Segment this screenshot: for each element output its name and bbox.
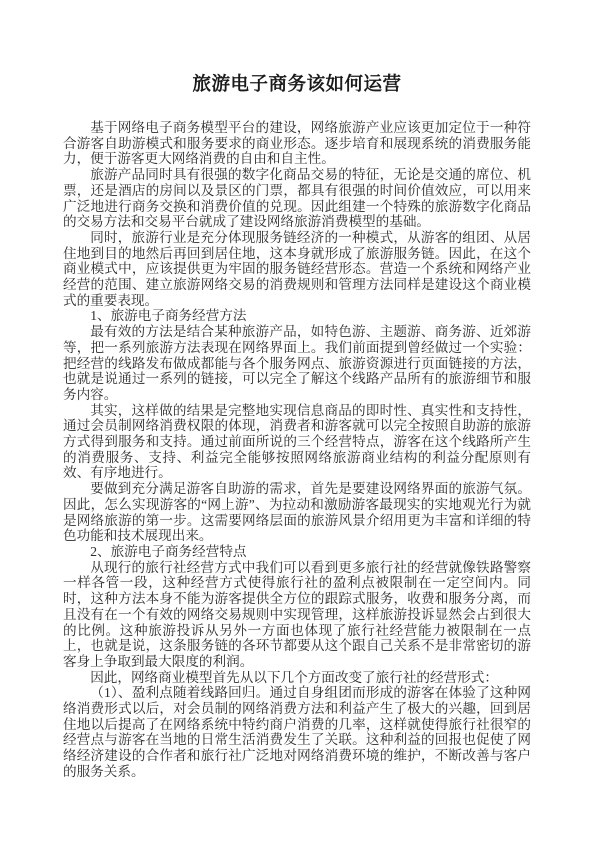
paragraph: 从现行的旅行社经营方式中我们可以看到更多旅行社的经营就像铁路警察一样各管一段，这… — [63, 560, 531, 670]
paragraph: （1）、盈利点随着线路回归。通过自身组团而形成的游客在体验了这种网络消费形式以后… — [63, 685, 531, 779]
paragraph: 要做到充分满足游客自助游的需求，首先是要建设网络界面的旅游气氛。因此，怎么实现游… — [63, 481, 531, 544]
paragraph: 基于网络电子商务模型平台的建设，网络旅游产业应该更加定位于一种符合游客自助游模式… — [63, 120, 531, 167]
document-body: 基于网络电子商务模型平台的建设，网络旅游产业应该更加定位于一种符合游客自助游模式… — [63, 120, 531, 780]
document-page: 旅游电子商务该如何运营 基于网络电子商务模型平台的建设，网络旅游产业应该更加定位… — [0, 0, 595, 842]
section-heading-1: 1、旅游电子商务经营方法 — [63, 308, 531, 324]
document-title: 旅游电子商务该如何运营 — [63, 74, 531, 95]
paragraph: 其实，这样做的结果是完整地实现信息商品的即时性、真实性和支持性，通过会员制网络消… — [63, 403, 531, 482]
paragraph: 最有效的方法是结合某种旅游产品，如特色游、主题游、商务游、近郊游等，把一系列旅游… — [63, 324, 531, 403]
paragraph: 同时，旅游行业是充分体现服务链经济的一种模式，从游客的组团、从居住地到目的地然后… — [63, 230, 531, 309]
paragraph: 旅游产品同时具有很强的数字化商品交易的特征，无论是交通的席位、机票，还是酒店的房… — [63, 167, 531, 230]
paragraph: 因此，网络商业模型首先从以下几个方面改变了旅行社的经营形式： — [63, 670, 531, 686]
section-heading-2: 2、旅游电子商务经营特点 — [63, 544, 531, 560]
